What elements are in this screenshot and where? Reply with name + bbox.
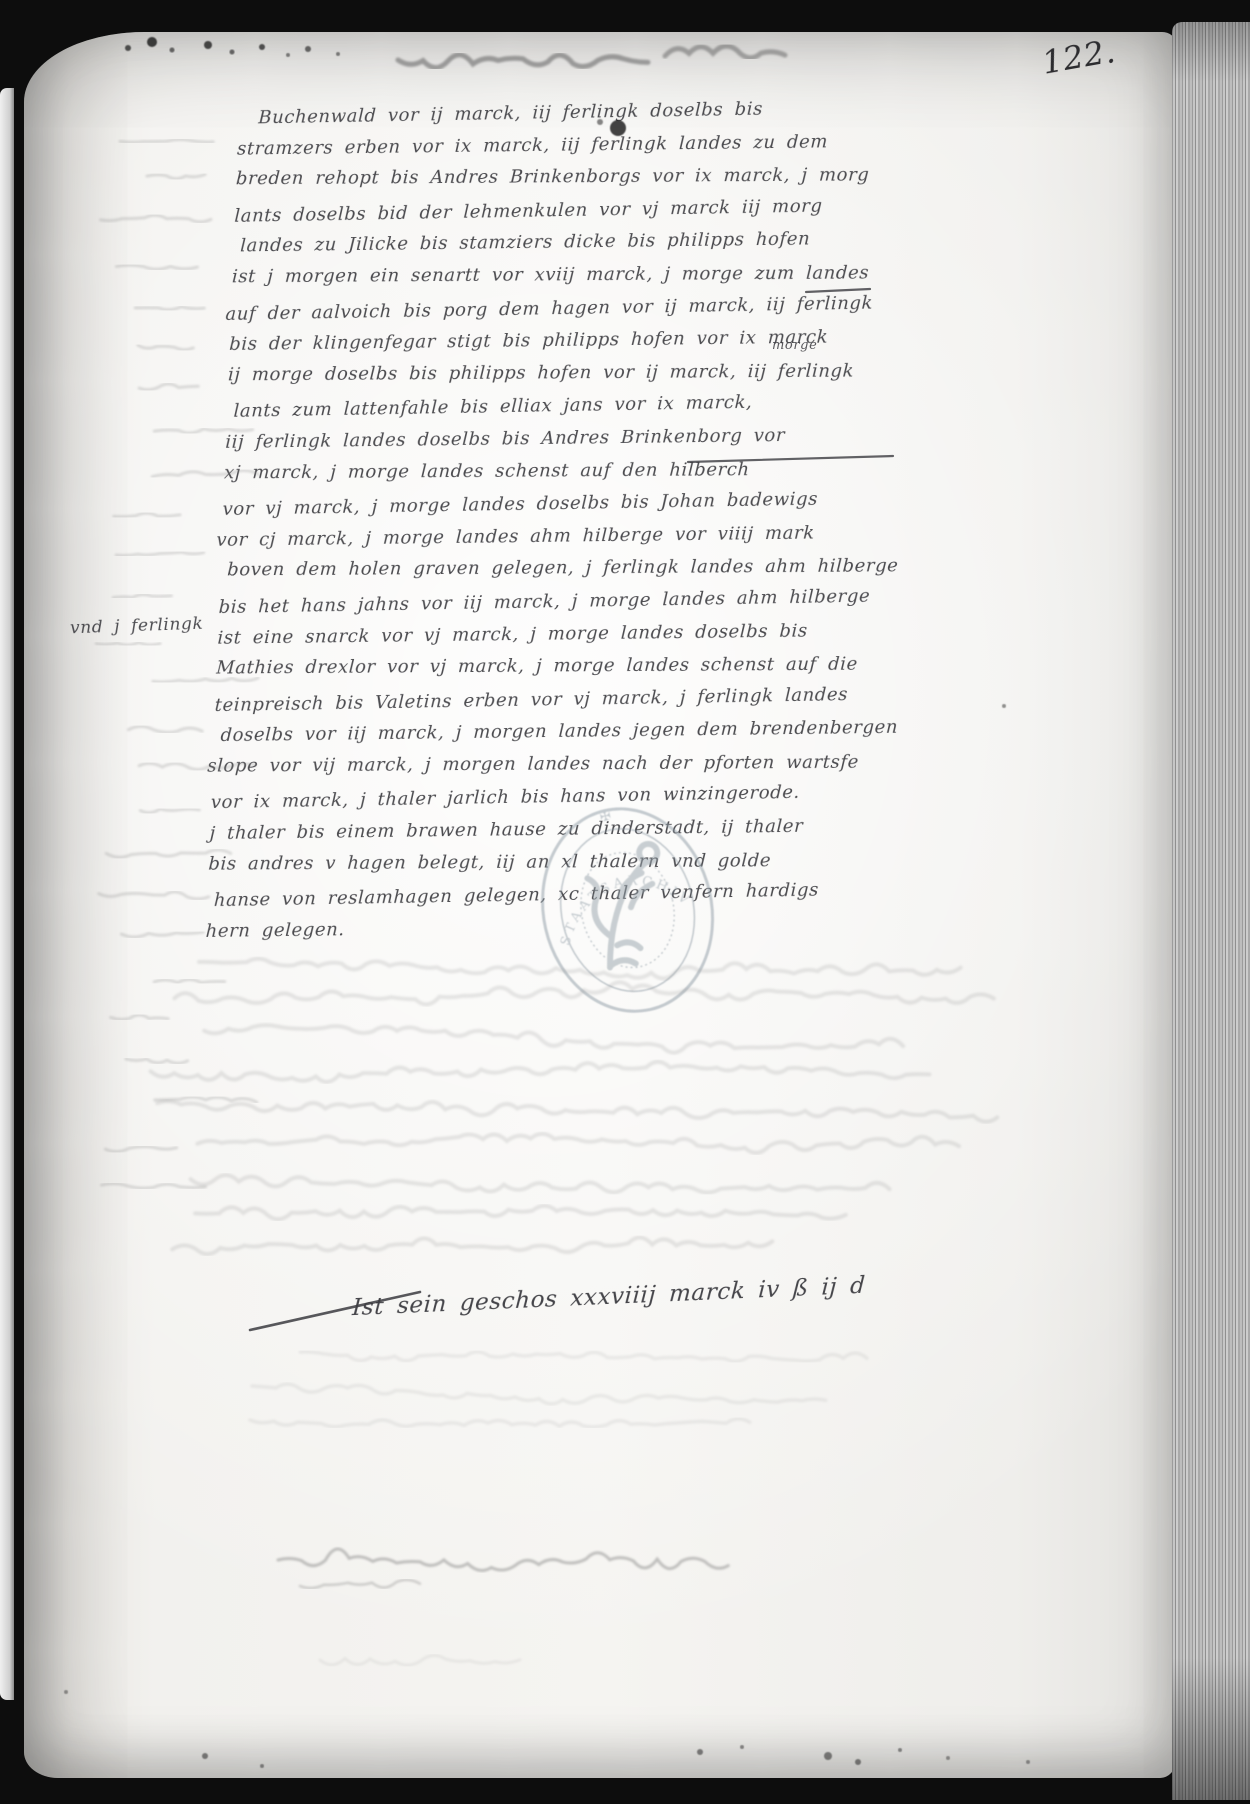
underlying-page-edge (0, 88, 14, 1700)
book-fore-edge-pages (1172, 22, 1250, 1800)
stamp-lion-icon (582, 842, 681, 970)
interlinear-correction: morge (772, 338, 817, 353)
photograph-of-manuscript-page: 122. Buchenwald vor ij marck, iij ferlin… (0, 0, 1250, 1804)
stamp-outer-ring (523, 792, 733, 1029)
stamp-legend: STAATSARCHIV (547, 860, 699, 950)
stamp-cross-icon: ✠ (599, 809, 613, 826)
